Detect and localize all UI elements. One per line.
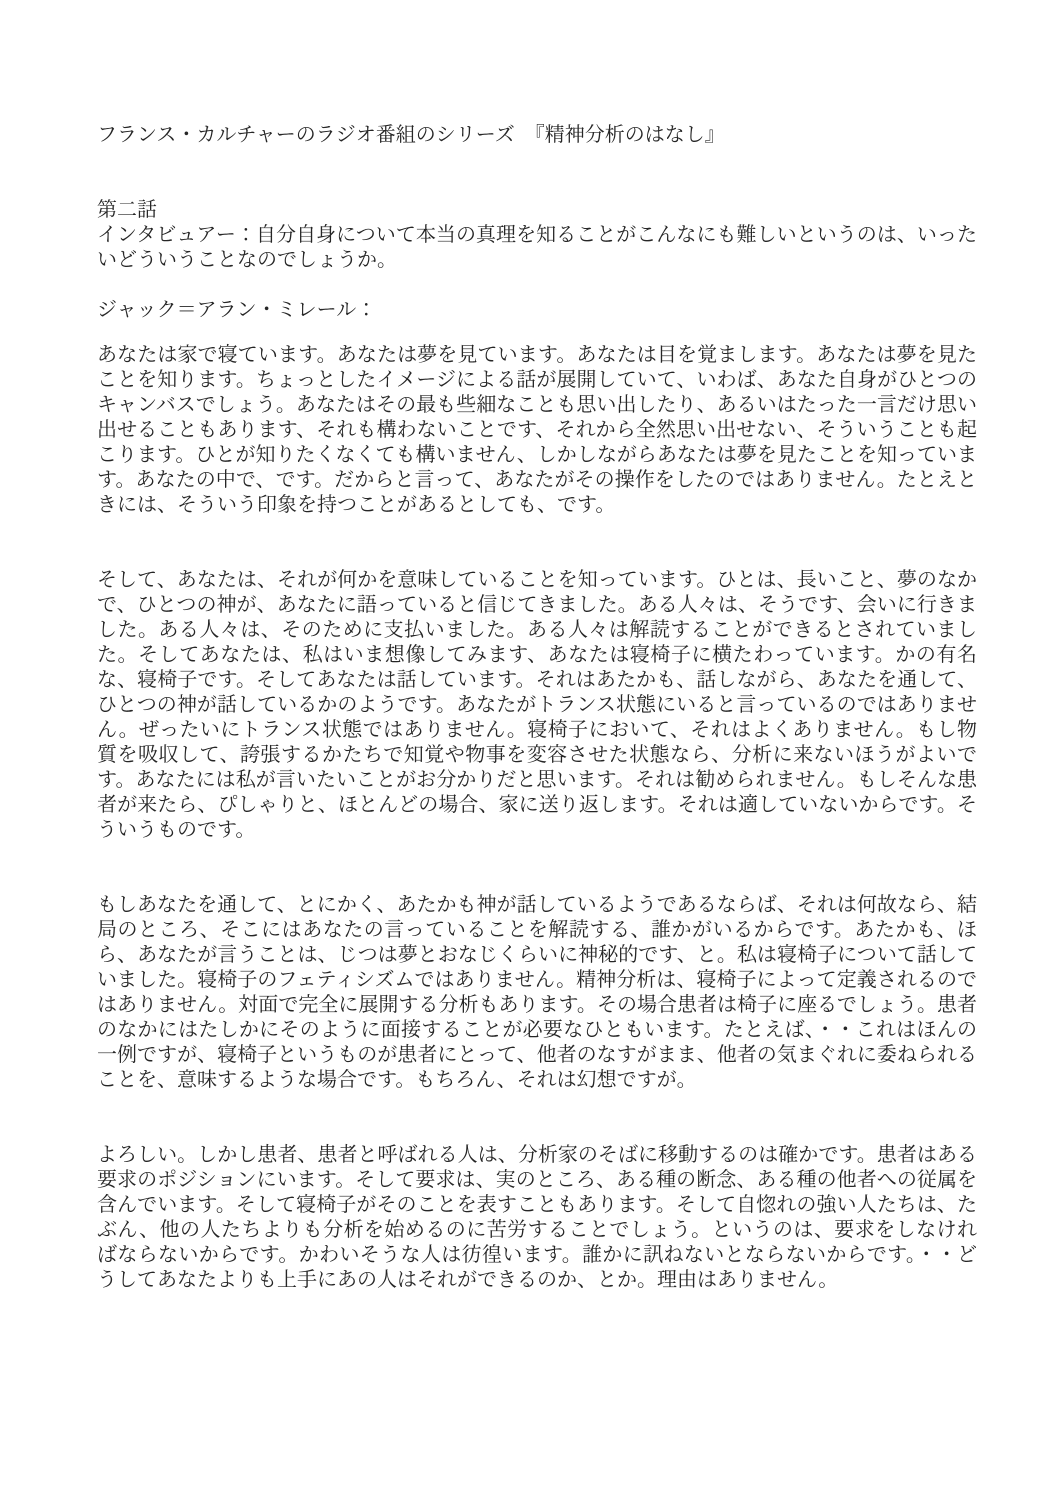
- text-content: フランス・カルチャーのラジオ番組のシリーズ 『精神分析のはなし』 第二話 インタ…: [97, 123, 977, 1293]
- interviewer-question: インタビュアー：自分自身について本当の真理を知ることがこんなにも難しいというのは…: [97, 223, 977, 273]
- paragraph-1: あなたは家で寝ています。あなたは夢を見ています。あなたは目を覚まします。あなたは…: [97, 343, 977, 518]
- document-title: フランス・カルチャーのラジオ番組のシリーズ 『精神分析のはなし』: [97, 123, 977, 148]
- episode-label: 第二話: [97, 198, 977, 223]
- paragraph-3: もしあなたを通して、とにかく、あたかも神が話しているようであるならば、それは何故…: [97, 893, 977, 1093]
- document-page: フランス・カルチャーのラジオ番組のシリーズ 『精神分析のはなし』 第二話 インタ…: [0, 0, 1058, 1497]
- speaker-name: ジャック＝アラン・ミレール：: [97, 298, 977, 323]
- paragraph-2: そして、あなたは、それが何かを意味していることを知っています。ひとは、長いこと、…: [97, 568, 977, 843]
- paragraph-4: よろしい。しかし患者、患者と呼ばれる人は、分析家のそばに移動するのは確かです。患…: [97, 1143, 977, 1293]
